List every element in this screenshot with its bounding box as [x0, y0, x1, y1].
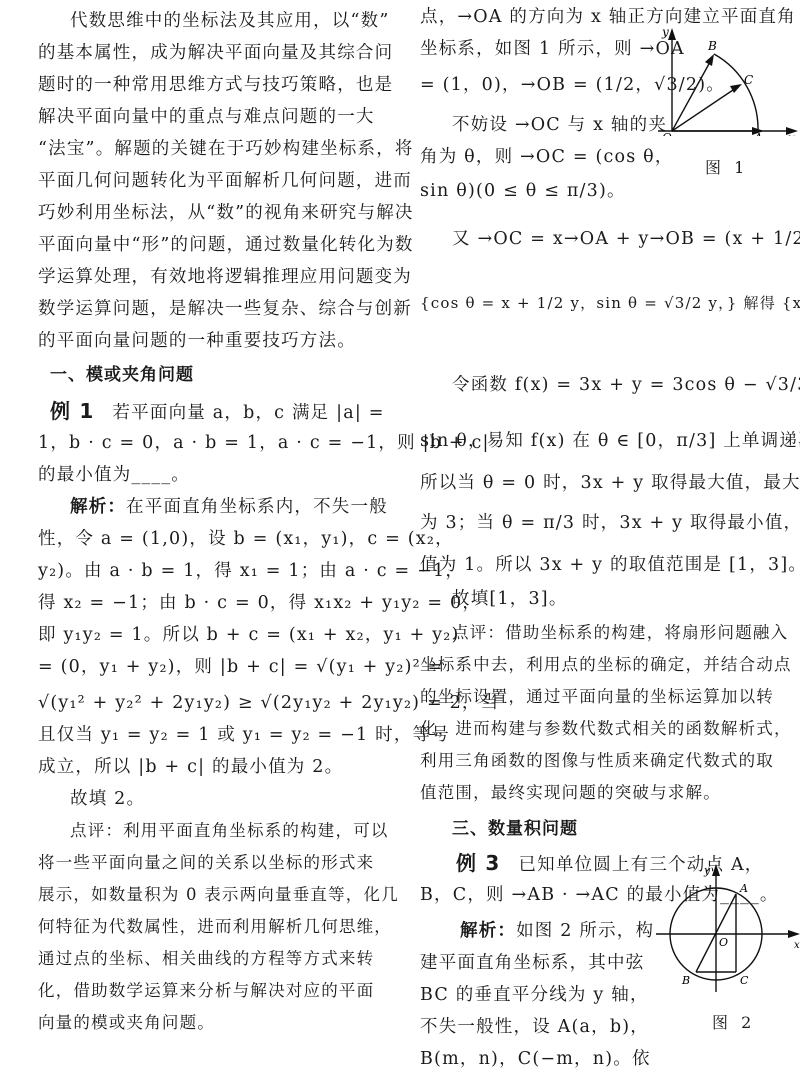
review-line: 利用三角函数的图像与性质来确定代数式的取 [420, 748, 774, 774]
solution-line: = (0，y₁ + y₂)，则 |b + c| = √(y₁ + y₂)² = [38, 654, 443, 680]
review-line: 点评：利用平面直角坐标系的构建，可以 [70, 818, 389, 844]
review-label: 点评： [452, 623, 505, 642]
fig2-A-label: A [739, 882, 748, 895]
solution-line: 性，令 a = (1,0)，设 b = (x₁，y₁)，c = (x₂， [38, 526, 454, 552]
fig2-y-label: y [703, 864, 711, 877]
intro-line: 平面向量中“形”的问题，通过数量化转化为数 [38, 232, 414, 258]
fig2-O-label: O [719, 936, 728, 949]
solution-line: 解析：如图 2 所示，构 [460, 918, 654, 944]
solution-line: 即 y₁y₂ = 1。所以 b + c = (x₁ + x₂，y₁ + y₂) [38, 622, 460, 648]
fig1-O-label: O [662, 131, 672, 136]
solution-line: BC 的垂直平分线为 y 轴， [420, 982, 649, 1008]
intro-line: 题时的一种常用思维方式与技巧策略，也是 [38, 72, 393, 98]
section-heading: 一、模或夹角问题 [50, 362, 194, 388]
review-line: 向量的模或夹角问题。 [38, 1010, 215, 1036]
solution-line: 为 3；当 θ = π/3 时，3x + y 取得最小值，最小 [420, 510, 800, 536]
example-label: 例 3 [456, 851, 500, 875]
solution-line: 角为 θ，则 →OC = (cos θ， [420, 144, 674, 170]
solution-line: 解析：在平面直角坐标系内，不失一般 [70, 494, 388, 520]
example-problem-line: 例 1若平面向量 a，b，c 满足 |a| = [50, 398, 385, 426]
review-line: 值范围，最终实现问题的突破与求解。 [420, 780, 721, 806]
solution-system-line: {cos θ = x + 1/2 y，sin θ = √3/2 y，} 解得 {… [420, 290, 800, 316]
fig1-B-label: B [707, 39, 717, 53]
solution-line: 值为 1。所以 3x + y 的取值范围是 [1，3]。 [420, 552, 800, 578]
fig1-A-label: A [753, 131, 763, 136]
solution-line: sin θ，易知 f(x) 在 θ ∈ [0，π/3] 上单调递减， [420, 428, 800, 454]
solution-line: 成立，所以 |b + c| 的最小值为 2。 [38, 754, 343, 780]
solution-line: 不失一般性，设 A(a，b)， [420, 1014, 649, 1040]
answer-line: 故填[1，3]。 [452, 586, 568, 612]
review-line: 何特征为代数属性，进而利用解析几何思维， [38, 914, 392, 940]
solution-line: 令函数 f(x) = 3x + y = 3cos θ − √3/3 · [452, 372, 800, 398]
intro-line: 的基本属性，成为解决平面向量及其综合问 [38, 40, 393, 66]
solution-line: y₂)。由 a · b = 1，得 x₁ = 1；由 a · c = −1， [38, 558, 464, 584]
intro-line: “法宝”。解题的关键在于巧妙构建坐标系，将 [38, 136, 414, 162]
solution-line: sin θ)(0 ≤ θ ≤ π/3)。 [420, 178, 626, 204]
intro-line: 巧妙利用坐标法，从“数”的视角来研究与解决 [38, 200, 414, 226]
fig2-C-label: C [740, 974, 749, 987]
review-line: 坐标系中去，利用点的坐标的确定，并结合动点 [420, 652, 792, 678]
fig1-x-label: x [788, 131, 795, 136]
review-line: 将一些平面向量之间的关系以坐标的形式来 [38, 850, 374, 876]
intro-line: 的平面向量问题的一种重要技巧方法。 [38, 328, 356, 354]
figure-2-caption: 图 2 [712, 1010, 755, 1033]
example-problem-line: 的最小值为____。 [38, 462, 190, 488]
review-line: 的坐标设置，通过平面向量的坐标运算加以转 [420, 684, 774, 710]
section-heading: 三、数量积问题 [452, 816, 578, 842]
figure-2-unit-circle-diagram: y A O x B C [654, 862, 800, 997]
figure-1-sector-diagram: y B C O A x [648, 26, 798, 136]
intro-line: 学运算处理，有效地将逻辑推理应用问题变为 [38, 264, 412, 290]
solution-line: 且仅当 y₁ = y₂ = 1 或 y₁ = y₂ = −1 时，等号 [38, 722, 450, 748]
solution-label: 解析： [70, 497, 126, 517]
review-line: 化，借助数学运算来分析与解决对应的平面 [38, 978, 374, 1004]
solution-label: 解析： [460, 921, 516, 941]
intro-line: 解决平面向量中的重点与难点问题的一大 [38, 104, 375, 130]
intro-line: 数学运算问题，是解决一些复杂、综合与创新 [38, 296, 412, 322]
intro-line: 平面几何问题转化为平面解析几何问题，进而 [38, 168, 412, 194]
fig2-x-label: x [794, 940, 800, 951]
fig2-B-label: B [681, 974, 690, 987]
review-label: 点评： [70, 821, 123, 840]
solution-line: 建平面直角坐标系，其中弦 [420, 950, 644, 976]
figure-1-caption: 图 1 [705, 155, 748, 178]
solution-line: 坐标系，如图 1 所示，则 →OA [420, 36, 685, 62]
solution-line: 又 →OC = x→OA + y→OB = (x + 1/2 y，√3/2 y)… [452, 226, 800, 252]
review-line: 展示，如数量积为 0 表示两向量垂直等，化几 [38, 882, 399, 908]
fig1-y-label: y [661, 26, 669, 39]
review-line: 点评：借助坐标系的构建，将扇形问题融入 [452, 620, 788, 646]
fig1-C-label: C [744, 73, 753, 87]
answer-line: 故填 2。 [70, 786, 145, 812]
solution-line: 得 x₂ = −1；由 b · c = 0，得 x₁x₂ + y₁y₂ = 0， [38, 590, 481, 616]
solution-line: 所以当 θ = 0 时，3x + y 取得最大值，最大值 [420, 470, 800, 496]
review-line: 通过点的坐标、相关曲线的方程等方式来转 [38, 946, 374, 972]
review-line: 化，进而构建与参数代数式相关的函数解析式， [420, 716, 792, 742]
solution-line: B(m，n)，C(−m，n)。依 [420, 1046, 651, 1072]
solution-line: 不妨设 →OC 与 x 轴的夹 [452, 112, 667, 138]
intro-line: 代数思维中的坐标法及其应用，以“数” [70, 8, 390, 34]
example-label: 例 1 [50, 399, 94, 423]
